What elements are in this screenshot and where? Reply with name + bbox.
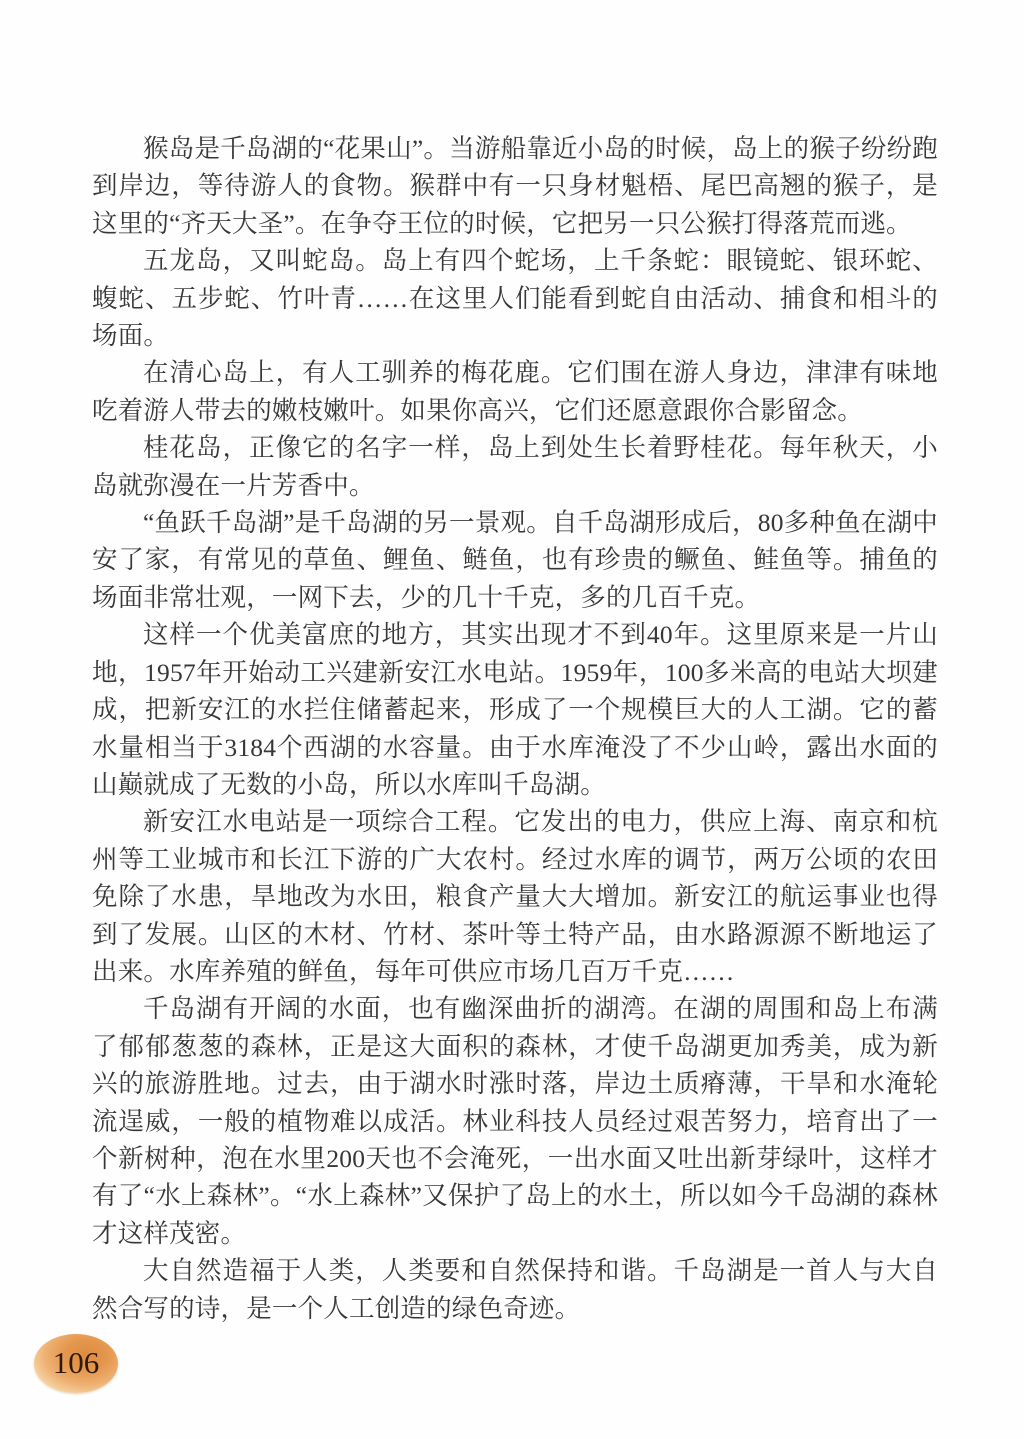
article-text-block: 猴岛是千岛湖的“花果山”。当游船靠近小岛的时候，岛上的猴子纷纷跑到岸边，等待游人… <box>92 130 938 1327</box>
paragraph-deer-island: 在清心岛上，有人工驯养的梅花鹿。它们围在游人身边，津津有味地吃着游人带去的嫩枝嫩… <box>92 354 938 429</box>
paragraph-snake-island: 五龙岛，又叫蛇岛。岛上有四个蛇场，上千条蛇：眼镜蛇、银环蛇、蝮蛇、五步蛇、竹叶青… <box>92 242 938 354</box>
paragraph-lake-origin: 这样一个优美富庶的地方，其实出现才不到40年。这里原来是一片山地，1957年开始… <box>92 616 938 803</box>
paragraph-fish: “鱼跃千岛湖”是千岛湖的另一景观。自千岛湖形成后，80多种鱼在湖中安了家，有常见… <box>92 504 938 616</box>
paragraph-conclusion: 大自然造福于人类，人类要和自然保持和谐。千岛湖是一首人与大自然合写的诗，是一个人… <box>92 1252 938 1327</box>
paragraph-monkey-island: 猴岛是千岛湖的“花果山”。当游船靠近小岛的时候，岛上的猴子纷纷跑到岸边，等待游人… <box>92 130 938 242</box>
paragraph-water-forest: 千岛湖有开阔的水面，也有幽深曲折的湖湾。在湖的周围和岛上布满了郁郁葱葱的森林，正… <box>92 990 938 1252</box>
paragraph-power-station: 新安江水电站是一项综合工程。它发出的电力，供应上海、南京和杭州等工业城市和长江下… <box>92 803 938 990</box>
page-number: 106 <box>53 1345 100 1381</box>
page-number-badge: 106 <box>34 1334 118 1393</box>
paragraph-osmanthus-island: 桂花岛，正像它的名字一样，岛上到处生长着野桂花。每年秋天，小岛就弥漫在一片芳香中… <box>92 429 938 504</box>
textbook-page: 猴岛是千岛湖的“花果山”。当游船靠近小岛的时候，岛上的猴子纷纷跑到岸边，等待游人… <box>0 0 1024 1439</box>
